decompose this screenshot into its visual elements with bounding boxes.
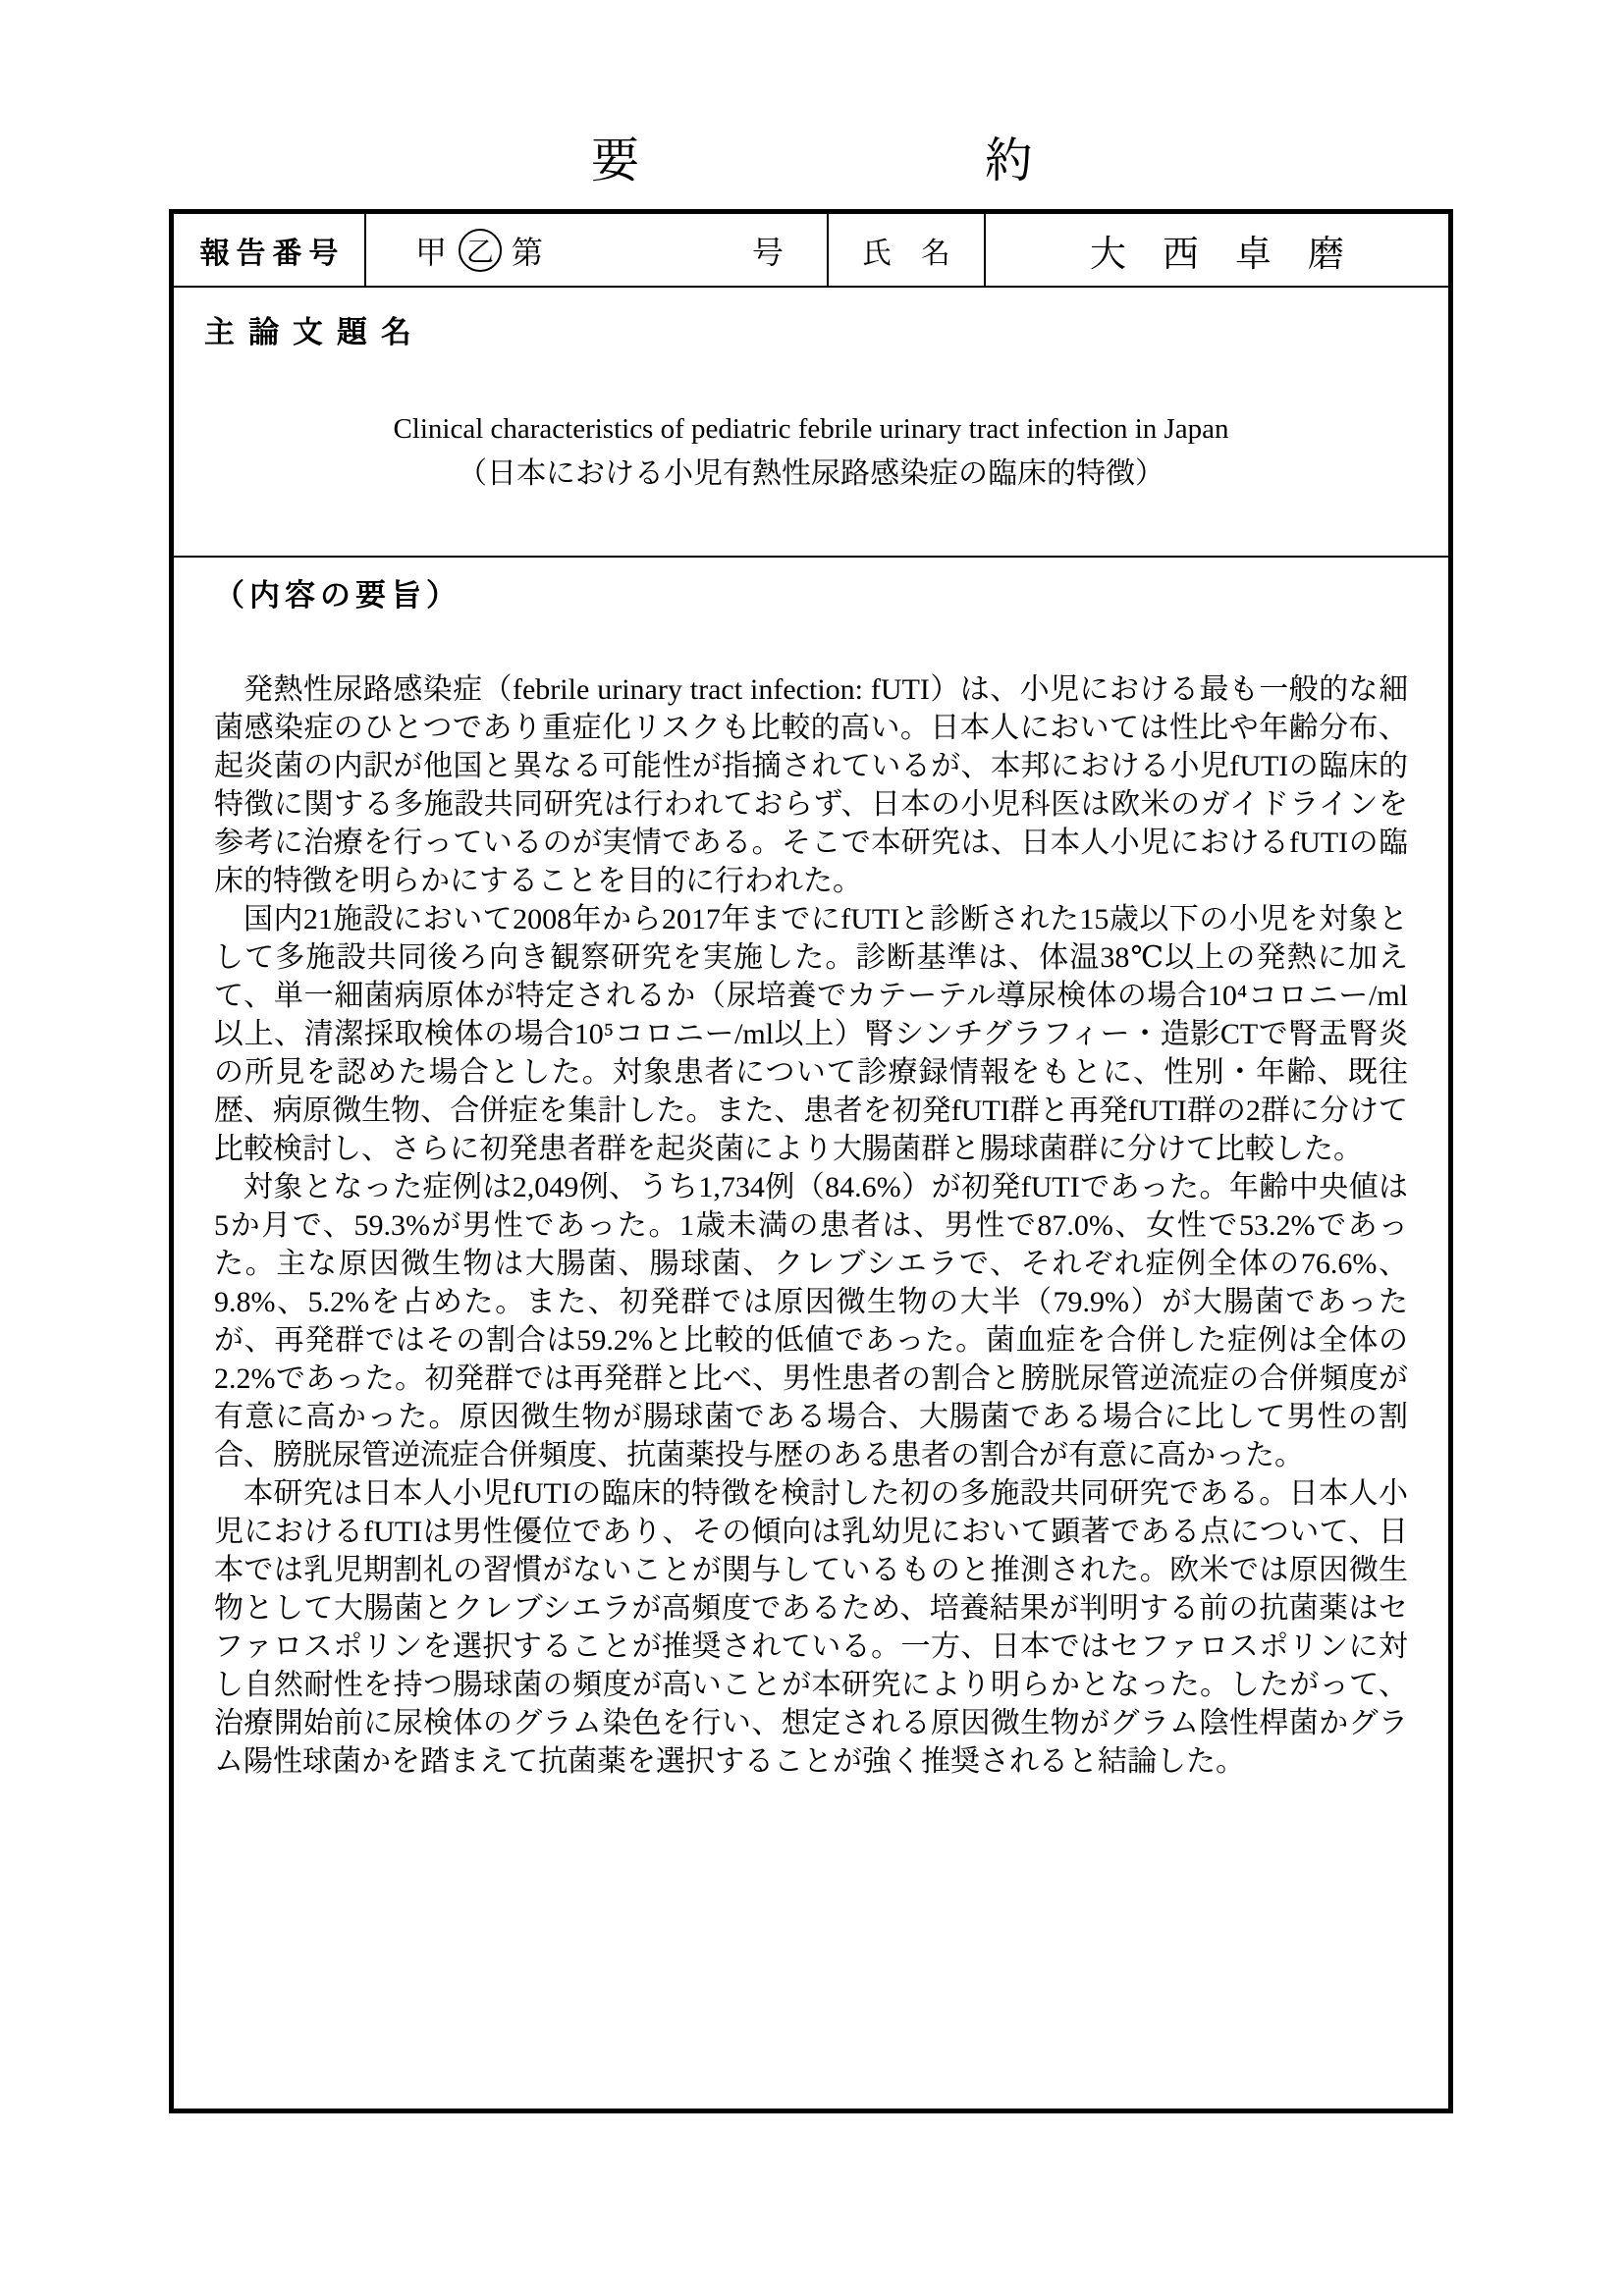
thesis-title-english: Clinical characteristics of pediatric fe… xyxy=(174,412,1448,446)
abstract-body: 発熱性尿路感染症（febrile urinary tract infection… xyxy=(214,670,1408,1781)
abstract-paragraph-2: 国内21施設において2008年から2017年までにfUTIと診断された15歳以下… xyxy=(214,900,1408,1168)
name-value: 大 西 卓 磨 xyxy=(986,214,1448,286)
report-number-cell: 甲 乙 第 号 xyxy=(366,214,829,286)
page-title-char-you: 要 xyxy=(591,135,639,187)
abstract-paragraph-3: 対象となった症例は2,049例、うち1,734例（84.6%）が初発fUTIであ… xyxy=(214,1168,1408,1474)
page-title-char-yaku: 約 xyxy=(985,135,1033,187)
otsu-circled-char: 乙 xyxy=(459,229,502,272)
dai-char: 第 xyxy=(512,228,543,273)
thesis-title-japanese: （日本における小児有熱性尿路感染症の臨床的特徴） xyxy=(174,457,1448,491)
abstract-paragraph-1: 発熱性尿路感染症（febrile urinary tract infection… xyxy=(214,670,1408,900)
abstract-form-page: 要 約 報告番号 甲 乙 第 号 氏 名 大 西 卓 磨 主論文題名 Clini… xyxy=(0,0,1624,2296)
abstract-label: （内容の要旨） xyxy=(214,576,1408,615)
kou-char: 甲 xyxy=(415,228,447,273)
report-number-label: 報告番号 xyxy=(174,214,366,286)
page-title: 要 約 xyxy=(0,135,1624,187)
abstract-section: （内容の要旨） 発熱性尿路感染症（febrile urinary tract i… xyxy=(174,558,1448,2109)
header-row: 報告番号 甲 乙 第 号 氏 名 大 西 卓 磨 xyxy=(174,214,1448,288)
gou-char: 号 xyxy=(752,228,784,273)
thesis-titles: Clinical characteristics of pediatric fe… xyxy=(174,412,1448,491)
name-label: 氏 名 xyxy=(829,214,986,286)
main-title-label: 主論文題名 xyxy=(204,307,425,351)
form-outer-box: 報告番号 甲 乙 第 号 氏 名 大 西 卓 磨 主論文題名 Clinical … xyxy=(169,209,1453,2113)
main-title-section: 主論文題名 Clinical characteristics of pediat… xyxy=(174,288,1448,558)
abstract-paragraph-4: 本研究は日本人小児fUTIの臨床的特徴を検討した初の多施設共同研究である。日本人… xyxy=(214,1474,1408,1781)
